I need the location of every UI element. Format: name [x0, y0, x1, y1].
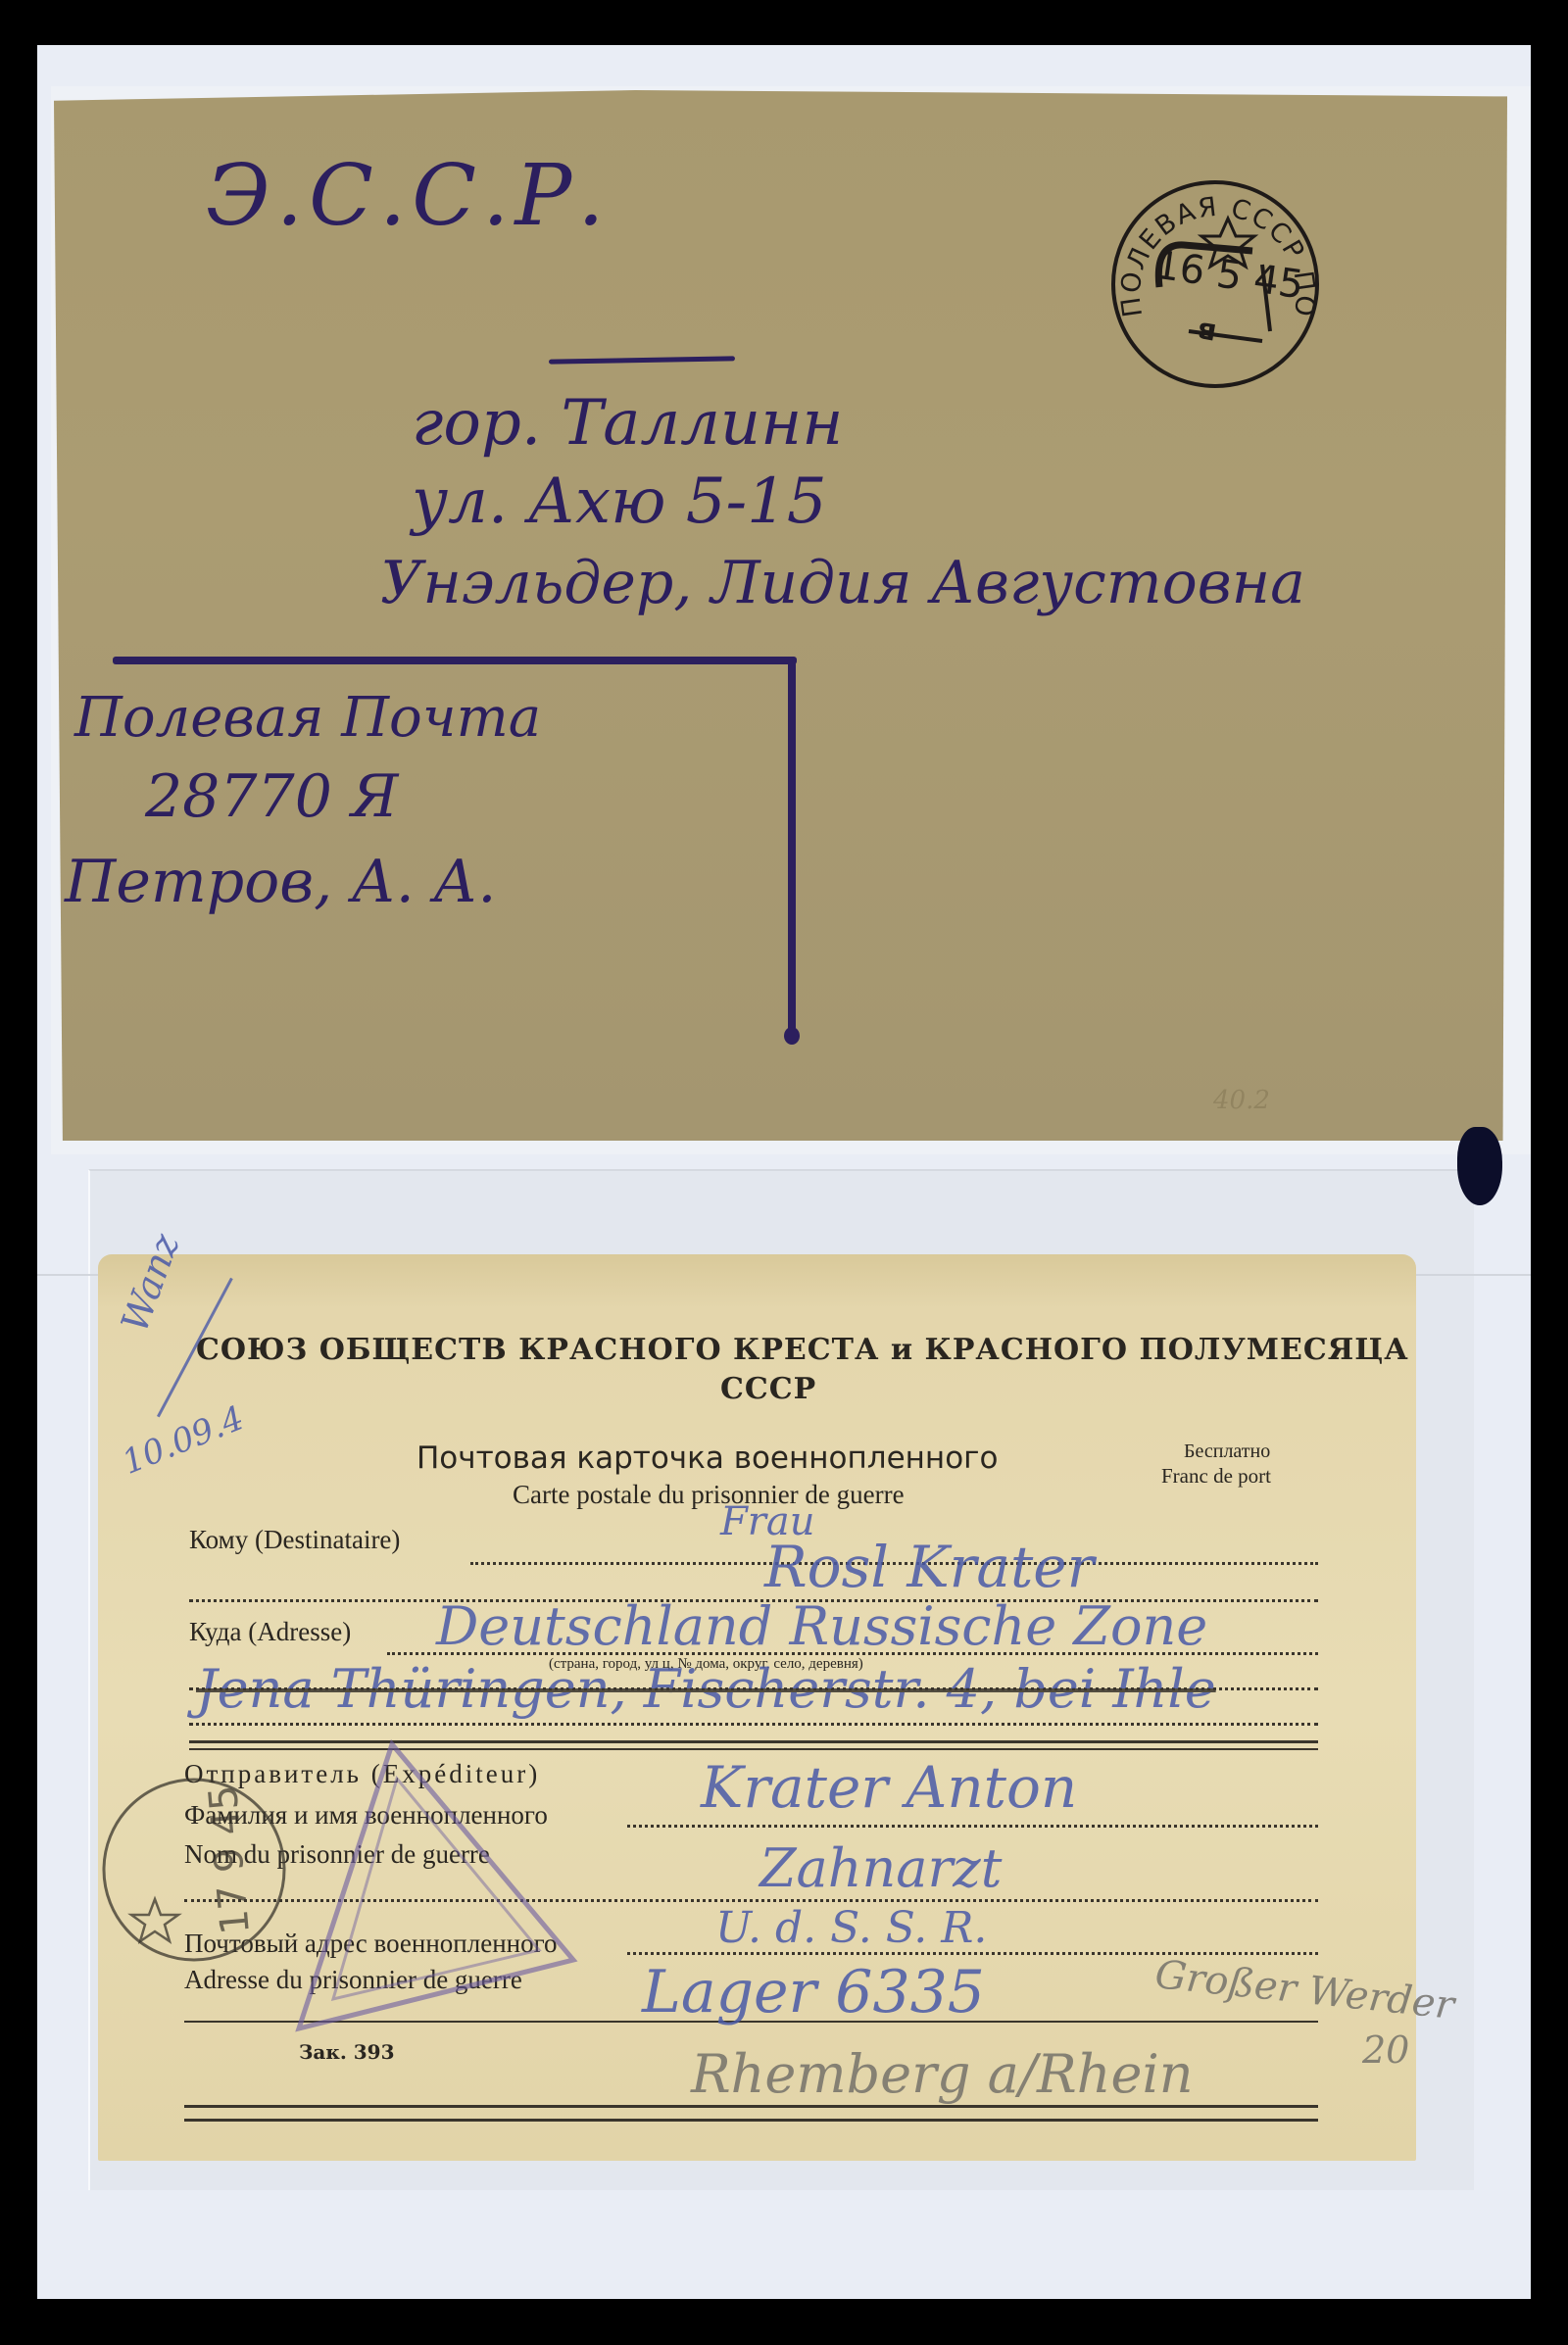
- sender-name: Петров, А. А.: [65, 848, 496, 916]
- sender-profession: Zahnarzt: [759, 1837, 1002, 1899]
- free-of-charge-fr: Franc de port: [1161, 1464, 1271, 1489]
- postcard-title-ru: Почтовая карточка военнопленного: [416, 1441, 998, 1476]
- sender-field-post-number: 28770 Я: [145, 762, 398, 831]
- envelope-country-line: Э.С.С.Р.: [206, 147, 611, 245]
- triangle-stamp-icon: [274, 1734, 598, 2058]
- ink-blob: [1457, 1127, 1502, 1205]
- sender-camp: Lager 6335: [642, 1958, 985, 2027]
- recipient-street: ул. Ахю 5-15: [412, 465, 827, 538]
- postcard-header-line2: СССР: [720, 1372, 816, 1406]
- recipient-city: гор. Таллинн: [412, 387, 843, 460]
- bottom-line-1: [184, 2105, 1318, 2108]
- pow-name-line-1: [627, 1825, 1318, 1828]
- pencil-note: 40.2: [1213, 1086, 1270, 1115]
- recipient-name: Rosl Krater: [764, 1534, 1094, 1600]
- address-label: Куда (Adresse): [189, 1617, 351, 1647]
- sender-field-post-label: Полевая Почта: [74, 686, 541, 750]
- pencil-city: Rhemberg a/Rhein: [691, 2043, 1194, 2105]
- recipient-address-line1: Deutschland Russische Zone: [436, 1595, 1207, 1657]
- sender-box-top-line: [113, 657, 797, 664]
- sender-box-right-line: [788, 657, 796, 1039]
- sender-name-handwritten: Krater Anton: [701, 1754, 1077, 1821]
- address-line-3: [189, 1723, 1318, 1726]
- recipient-address-line2-struck: Jena Thüringen, Fischerstr. 4, bei Ihle: [196, 1658, 1216, 1720]
- postcard-title-fr: Carte postale du prisonnier de guerre: [513, 1480, 905, 1510]
- to-label: Кому (Destinataire): [189, 1525, 400, 1555]
- triangle-censor-stamp: [274, 1734, 598, 2058]
- pencil-addition-2: 20: [1362, 2028, 1409, 2072]
- bottom-line-2: [184, 2119, 1318, 2122]
- sender-box-end-dot: [784, 1027, 800, 1045]
- round-postmark-left: [96, 1772, 292, 1968]
- round-postmark-icon: [96, 1772, 292, 1968]
- sender-country: U. d. S. S. R.: [715, 1903, 987, 1953]
- postcard-header-line1: СОЮЗ ОБЩЕСТВ КРАСНОГО КРЕСТА и КРАСНОГО …: [196, 1333, 1409, 1367]
- recipient-name: Унэльдер, Лидия Августовна: [380, 549, 1305, 617]
- free-of-charge-ru: Бесплатно: [1184, 1441, 1270, 1463]
